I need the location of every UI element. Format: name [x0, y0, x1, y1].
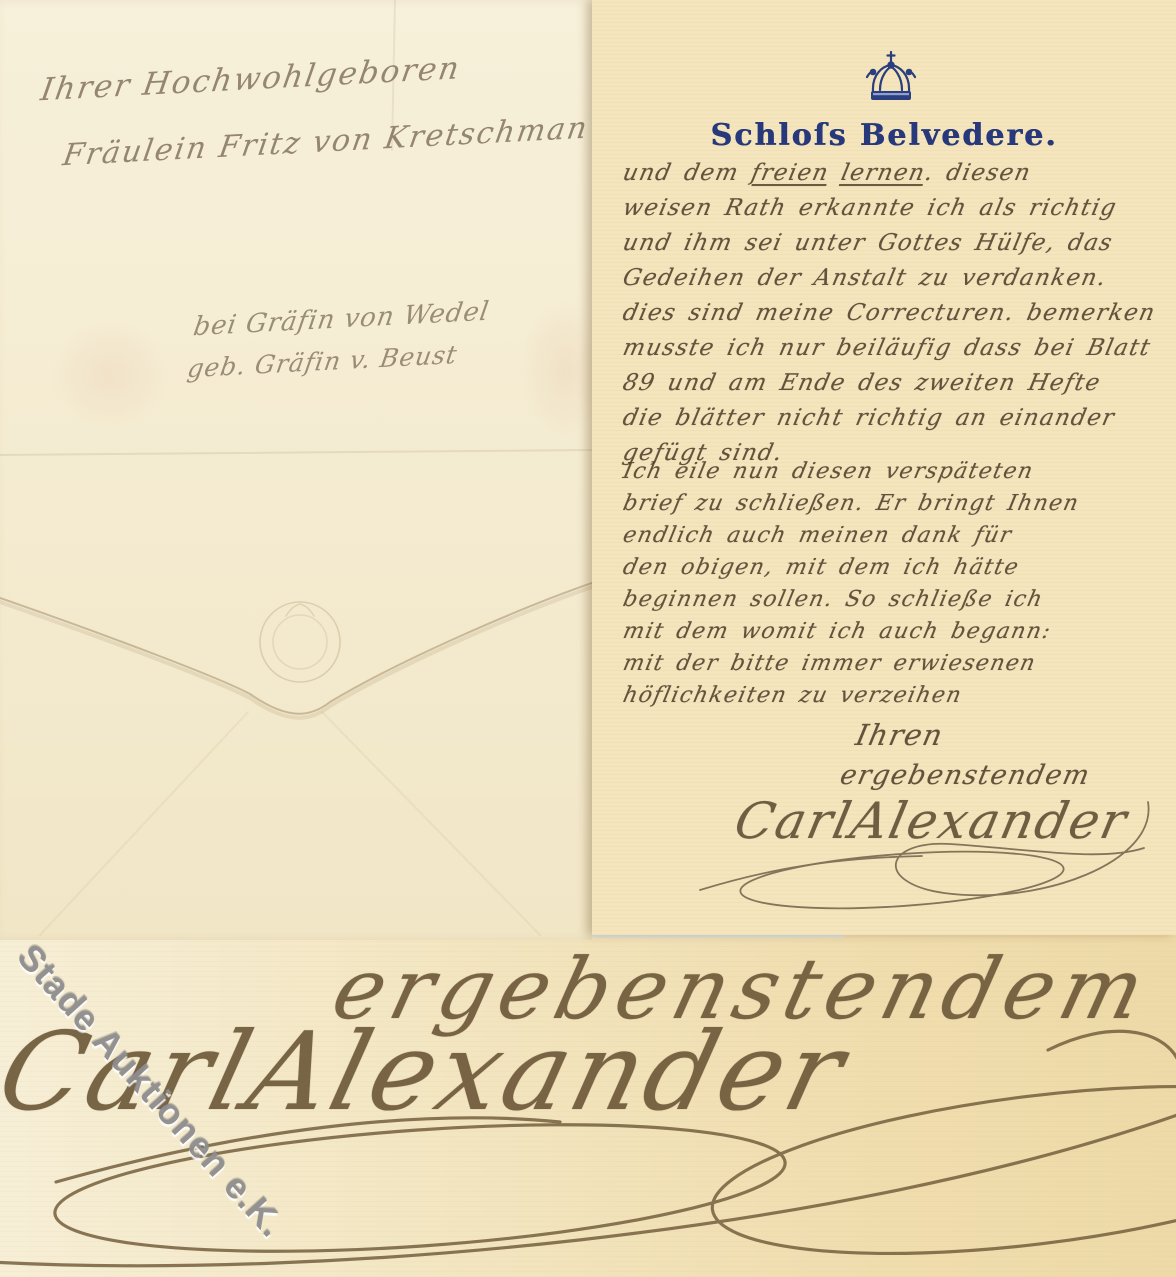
paper-stain [50, 320, 170, 430]
handwriting-line: und ihm sei unter Gottes Hülfe, das [619, 230, 1146, 265]
envelope: Ihrer Hochwohlgeboren Fräulein Fritz von… [0, 0, 592, 940]
handwriting-line: brief zu schließen. Er bringt Ihnen [619, 491, 1146, 523]
closing-salutation: Ihren [853, 718, 947, 753]
address-line: Fräulein Fritz von Kretschman [60, 110, 591, 173]
line1-underlined: lernen [839, 160, 928, 186]
signature-text: CarlAlexander [730, 792, 1134, 850]
address-line: bei Gräfin von Wedel [191, 297, 491, 343]
crown-icon [854, 46, 926, 108]
handwriting-line: dies sind meine Correcturen. bemerken [619, 300, 1146, 335]
letterhead-title: Schloſs Belvedere. [592, 118, 1176, 153]
handwriting-line: weisen Rath erkannte ich als richtig [619, 195, 1146, 230]
handwriting-line: beginnen sollen. So schließe ich [619, 587, 1146, 619]
handwriting-line: 89 und am Ende des zweiten Hefte [619, 370, 1146, 405]
handwriting-line: mit der bitte immer erwiesenen [619, 651, 1146, 683]
handwriting-line: höflichkeiten zu verzeihen [619, 683, 1146, 715]
handwriting-line: Gedeihen der Anstalt zu verdanken. [619, 265, 1146, 300]
handwriting-line: die blätter nicht richtig an einander [619, 405, 1146, 440]
letter-page: Schloſs Belvedere. und dem freien lernen… [592, 0, 1176, 935]
letter-paragraph: und dem freien lernen. diesen weisen Rat… [626, 160, 1146, 475]
handwriting-line: und dem freien lernen. diesen [619, 160, 1146, 195]
address-line: geb. Gräfin v. Beust [185, 340, 459, 383]
handwriting-line: musste ich nur beiläufig dass bei Blatt [619, 335, 1146, 370]
auction-document-scan: ergebenstendem CarlAlexander Ihrer Hochw… [0, 0, 1176, 1277]
line1-underlined: freien [749, 160, 832, 186]
closing-valediction: ergebenstendem [837, 760, 1094, 795]
handwriting-line: den obigen, mit dem ich hätte [619, 555, 1146, 587]
handwriting-line: endlich auch meinen dank für [619, 523, 1146, 555]
embossed-seal-icon [260, 602, 340, 682]
handwriting-line: mit dem womit ich auch begann: [619, 619, 1146, 651]
handwriting-line: Ich eile nun diesen verspäteten [619, 459, 1146, 491]
letter-paragraph: Ich eile nun diesen verspäteten brief zu… [626, 459, 1146, 715]
line1-post: . diesen [922, 160, 1033, 186]
line1-pre: und dem [620, 160, 754, 186]
address-line: Ihrer Hochwohlgeboren [38, 50, 463, 108]
